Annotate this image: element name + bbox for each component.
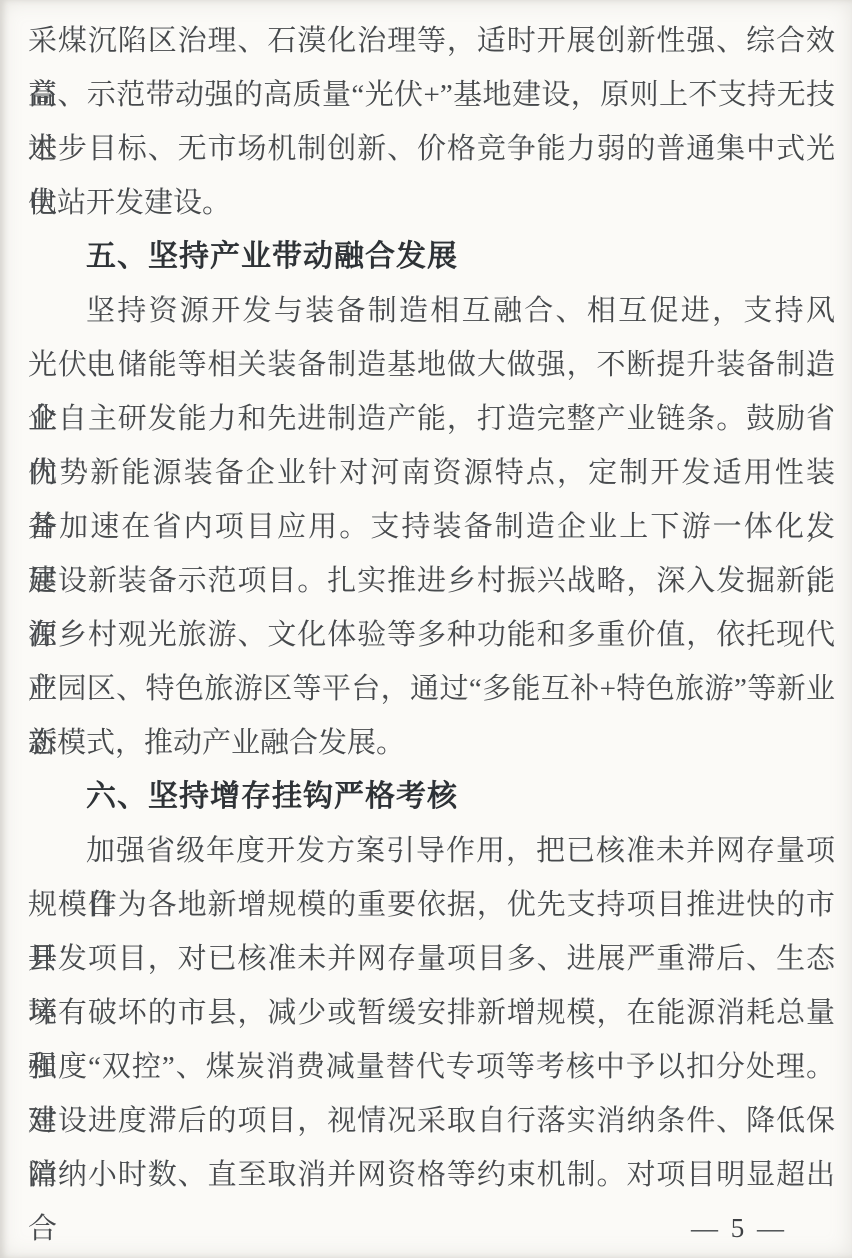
body-line: 建设新装备示范项目。扎实推进乡村振兴战略，深入发掘新能源 xyxy=(28,554,835,608)
document-page: 采煤沉陷区治理、石漠化治理等，适时开展创新性强、综合效益 高、示范带动强的高质量… xyxy=(0,0,852,1258)
body-line: 光伏、储能等相关装备制造基地做大做强，不断提升装备制造企 xyxy=(28,338,835,392)
body-line: 境有破坏的市县，减少或暂缓安排新增规模，在能源消耗总量和 xyxy=(28,986,835,1040)
body-line: 规模作为各地新增规模的重要依据，优先支持项目推进快的市县 xyxy=(28,878,835,932)
document-text: 采煤沉陷区治理、石漠化治理等，适时开展创新性强、综合效益 高、示范带动强的高质量… xyxy=(28,14,835,1202)
section-heading-5: 五、坚持产业带动融合发展 xyxy=(28,230,835,284)
body-line: 开发项目，对已核准未并网存量项目多、进展严重滞后、生态环 xyxy=(28,932,835,986)
body-line: 电站开发建设。 xyxy=(28,176,835,230)
body-line: 强度“双控”、煤炭消费减量替代专项等考核中予以扣分处理。对 xyxy=(28,1040,835,1094)
body-line: 坚持资源开发与装备制造相互融合、相互促进，支持风电、 xyxy=(28,284,835,338)
body-line: 新模式，推动产业融合发展。 xyxy=(28,716,835,770)
body-line: 消纳小时数、直至取消并网资格等约束机制。对项目明显超出合 xyxy=(28,1148,835,1202)
body-line: 加强省级年度开发方案引导作用，把已核准未并网存量项目 xyxy=(28,824,835,878)
body-line: 业自主研发能力和先进制造产能，打造完整产业链条。鼓励省内 xyxy=(28,392,835,446)
body-line: 进步目标、无市场机制创新、价格竞争能力弱的普通集中式光伏 xyxy=(28,122,835,176)
body-line: 采煤沉陷区治理、石漠化治理等，适时开展创新性强、综合效益 xyxy=(28,14,835,68)
body-line: 并加速在省内项目应用。支持装备制造企业上下游一体化发展， xyxy=(28,500,835,554)
body-line: 业园区、特色旅游区等平台，通过“多能互补+特色旅游”等新业态 xyxy=(28,662,835,716)
body-line: 高、示范带动强的高质量“光伏+”基地建设，原则上不支持无技术 xyxy=(28,68,835,122)
page-number: — 5 — xyxy=(28,1208,835,1248)
body-line: 优势新能源装备企业针对河南资源特点，定制开发适用性装备， xyxy=(28,446,835,500)
section-heading-6: 六、坚持增存挂钩严格考核 xyxy=(28,770,835,824)
body-line: 在乡村观光旅游、文化体验等多种功能和多重价值，依托现代产 xyxy=(28,608,835,662)
body-line: 建设进度滞后的项目，视情况采取自行落实消纳条件、降低保障 xyxy=(28,1094,835,1148)
